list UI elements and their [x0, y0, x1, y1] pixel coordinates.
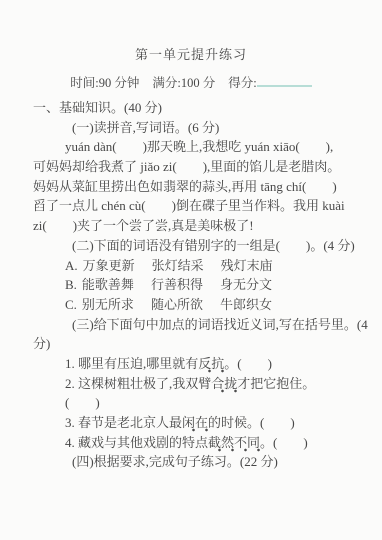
question-item-3: 3. 春节是老北京人最闲在的时候。( ): [33, 413, 356, 433]
total-score-label: 满分:100 分: [152, 76, 215, 90]
option-b-word-1: 能歌善舞: [82, 277, 134, 292]
option-a-word-2: 张灯结采: [152, 258, 204, 273]
pinyin-paragraph-line-2: 可妈妈却给我煮了 jiǎo zi( ),里面的馅儿是老腊肉。: [33, 157, 356, 177]
q3-dotted-word: 闲在: [182, 415, 208, 432]
question-item-2: 2. 这棵树粗壮极了,我双臂合拢才把它抱住。: [33, 374, 356, 394]
score-blank-line: [257, 74, 312, 87]
option-c-word-1: 别无所求: [82, 297, 134, 312]
time-label: 时间:90 分钟: [70, 76, 139, 90]
section-1-heading: 一、基础知识。(40 分): [33, 98, 356, 118]
part-2-heading: (二)下面的词语没有错别字的一组是( )。(4 分): [33, 236, 356, 256]
option-a-word-1: 万象更新: [83, 258, 135, 273]
question-item-2-answer-bracket: ( ): [33, 393, 356, 413]
part-3-heading-line-2: 分): [33, 334, 356, 354]
option-c-label: C.: [65, 297, 77, 312]
worksheet-page: 第一单元提升练习 时间:90 分钟满分:100 分得分: 一、基础知识。(40 …: [0, 0, 382, 540]
question-item-4: 4. 藏戏与其他戏剧的特点截然不同。( ): [33, 433, 356, 453]
part-1-heading: (一)读拼音,写词语。(6 分): [33, 118, 356, 138]
q4-text-post: 。( ): [260, 435, 308, 450]
q2-dotted-word: 合拢: [211, 376, 237, 393]
pinyin-paragraph-line-3: 妈妈从菜缸里捞出色如翡翠的蒜头,再用 tāng chí( ): [33, 177, 356, 197]
q1-text-pre: 1. 哪里有压迫,哪里就有: [65, 356, 198, 371]
part-4-heading: (四)根据要求,完成句子练习。(22 分): [33, 452, 356, 472]
option-c-row: C.别无所求随心所欲牛郎织女: [33, 295, 356, 315]
worksheet-body: 一、基础知识。(40 分) (一)读拼音,写词语。(6 分) yuán dàn(…: [0, 98, 382, 472]
exam-meta: 时间:90 分钟满分:100 分得分:: [0, 73, 382, 91]
q1-text-post: 。( ): [224, 356, 272, 371]
option-c-word-2: 随心所欲: [151, 297, 203, 312]
pinyin-paragraph-line-4: 舀了一点儿 chén cù( )倒在碟子里当作料。我用 kuài: [33, 196, 356, 216]
part-3-heading-line-1: (三)给下面句中加点的词语找近义词,写在括号里。(4: [33, 315, 356, 335]
option-b-word-2: 行善积得: [151, 277, 203, 292]
option-b-row: B.能歌善舞行善积得身无分文: [33, 275, 356, 295]
question-item-1: 1. 哪里有压迫,哪里就有反抗。( ): [33, 354, 356, 374]
option-b-word-3: 身无分文: [220, 277, 272, 292]
q1-dotted-word: 反抗: [198, 356, 224, 373]
q4-dotted-word: 截然不同: [208, 435, 260, 452]
option-a-label: A.: [65, 258, 78, 273]
score-label: 得分:: [228, 76, 256, 90]
option-a-word-3: 残灯末庙: [221, 258, 273, 273]
q3-text-post: 的时候。( ): [208, 415, 295, 430]
option-b-label: B.: [65, 277, 77, 292]
pinyin-paragraph-line-5: zi( )夹了一个尝了尝,真是美味极了!: [33, 216, 356, 236]
q2-text-pre: 2. 这棵树粗壮极了,我双臂: [65, 376, 211, 391]
option-c-word-3: 牛郎织女: [220, 297, 272, 312]
option-a-row: A.万象更新张灯结采残灯末庙: [33, 256, 356, 276]
q4-text-pre: 4. 藏戏与其他戏剧的特点: [65, 435, 208, 450]
page-title: 第一单元提升练习: [0, 0, 382, 63]
pinyin-paragraph-line-1: yuán dàn( )那天晚上,我想吃 yuán xiāo( ),: [33, 137, 356, 157]
q2-text-post: 才把它抱住。: [237, 376, 315, 391]
q3-text-pre: 3. 春节是老北京人最: [65, 415, 182, 430]
